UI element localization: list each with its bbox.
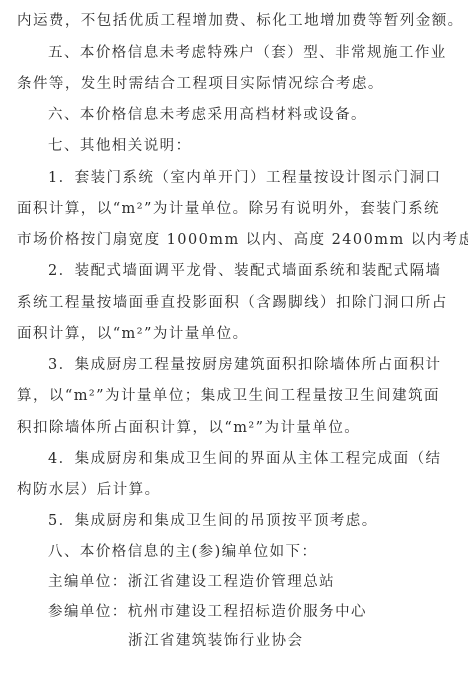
- paragraph-line: 面积计算，以“m²”为计量单位。除另有说明外，套装门系统: [17, 199, 440, 219]
- chief-editor-line: 主编单位：浙江省建设工程造价管理总站: [48, 572, 335, 592]
- section-heading: 八、本价格信息的主(参)编单位如下：: [48, 542, 317, 562]
- paragraph-line: 5．集成厨房和集成卫生间的吊顶按平顶考虑。: [48, 511, 378, 531]
- paragraph-line: 2．装配式墙面调平龙骨、装配式墙面系统和装配式隔墙: [48, 261, 441, 281]
- co-editor-line: 参编单位：杭州市建设工程招标造价服务中心: [48, 602, 367, 622]
- section-heading: 七、其他相关说明：: [48, 136, 192, 156]
- paragraph-line: 构防水层）后计算。: [17, 480, 161, 500]
- paragraph-line: 4．集成厨房和集成卫生间的界面从主体工程完成面（结: [48, 449, 441, 469]
- paragraph-line: 条件等，发生时需结合工程项目实际情况综合考虑。: [17, 74, 384, 94]
- paragraph-line: 内运费，不包括优质工程增加费、标化工地增加费等暂列金额。: [17, 11, 464, 31]
- paragraph-line: 系统工程量按墙面垂直投影面积（含踢脚线）扣除门洞口所占: [17, 293, 448, 313]
- document-page: 内运费，不包括优质工程增加费、标化工地增加费等暂列金额。 五、本价格信息未考虑特…: [0, 0, 468, 683]
- paragraph-line: 市场价格按门扇宽度 1000mm 以内、高度 2400mm 以内考虑。: [17, 230, 468, 250]
- paragraph-line: 1．套装门系统（室内单开门）工程量按设计图示门洞口: [48, 168, 441, 188]
- paragraph-line: 3．集成厨房工程量按厨房建筑面积扣除墙体所占面积计: [48, 355, 441, 375]
- paragraph-line: 面积计算，以“m²”为计量单位。: [17, 324, 249, 344]
- paragraph-line: 积扣除墙体所占面积计算，以“m²”为计量单位。: [17, 418, 360, 438]
- co-editor-line: 浙江省建筑装饰行业协会: [128, 631, 303, 651]
- paragraph-line: 算，以“m²”为计量单位；集成卫生间工程量按卫生间建筑面: [17, 386, 440, 406]
- paragraph-line: 五、本价格信息未考虑特殊户（套）型、非常规施工作业: [48, 43, 447, 63]
- paragraph-line: 六、本价格信息未考虑采用高档材料或设备。: [48, 105, 367, 125]
